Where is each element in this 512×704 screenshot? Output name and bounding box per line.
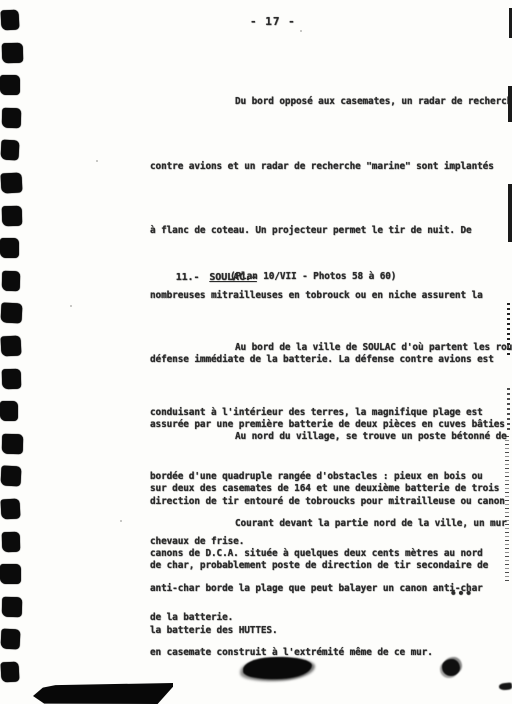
- binding-mark: [2, 597, 22, 617]
- scan-speck: [200, 650, 202, 652]
- binding-mark: [2, 108, 21, 128]
- binding-mark: [1, 499, 21, 520]
- section-subtitle: (Plan 10/VII - Photos 58 à 60): [230, 266, 396, 288]
- binding-mark: [2, 368, 21, 388]
- text-line: Du bord opposé aux casemates, un radar d…: [150, 91, 512, 113]
- text-line: contre avions et un radar de recherche "…: [150, 156, 512, 178]
- binding-mark: [1, 303, 23, 324]
- ink-smudge-bottom-right: [442, 659, 460, 676]
- binding-mark: [1, 140, 20, 161]
- binding-mark: [0, 75, 20, 95]
- binding-mark: [1, 466, 22, 487]
- scan-speck: [420, 585, 422, 587]
- scan-speck: [300, 30, 302, 32]
- page-edge-artifact: [507, 388, 510, 430]
- scanned-page: - 17 - Du bord opposé aux casemates, un …: [0, 0, 512, 704]
- binding-mark: [1, 629, 21, 650]
- ink-smudge-bottom-left: [33, 683, 173, 704]
- page-number: - 17 -: [250, 13, 296, 31]
- binding-mark: [0, 238, 19, 258]
- page-edge-artifact: [508, 184, 512, 242]
- binding-mark: [0, 401, 18, 421]
- page-edge-artifact: [507, 303, 510, 358]
- text-line: à flanc de coteau. Un projecteur permet …: [150, 220, 512, 242]
- page-edge-artifact: [508, 86, 512, 122]
- page-edge-artifact: [505, 436, 509, 581]
- binding-mark: [0, 564, 21, 584]
- binding-mark: [1, 336, 22, 357]
- text-line: Au nord du village, se trouve un poste b…: [150, 426, 512, 448]
- text-line: Courant devant la partie nord de la vill…: [150, 513, 512, 535]
- binding-mark: [2, 271, 20, 291]
- binding-mark: [2, 531, 20, 551]
- text-line: Au bord de la ville de SOULAC d'où parte…: [150, 337, 512, 359]
- scan-speck: [70, 305, 72, 307]
- binding-mark: [2, 205, 22, 225]
- binding-mark: [1, 10, 20, 31]
- binding-mark: [1, 662, 20, 683]
- binding-column: [0, 0, 30, 704]
- binding-mark: [2, 434, 23, 455]
- scan-speck: [96, 160, 98, 162]
- section-number: 11.-: [176, 272, 200, 283]
- scan-speck: [120, 520, 122, 522]
- text-line: en casemate construit à l'extrémité même…: [150, 642, 512, 664]
- binding-mark: [1, 172, 23, 193]
- end-of-section-mark: •••: [450, 583, 473, 605]
- binding-mark: [2, 42, 23, 63]
